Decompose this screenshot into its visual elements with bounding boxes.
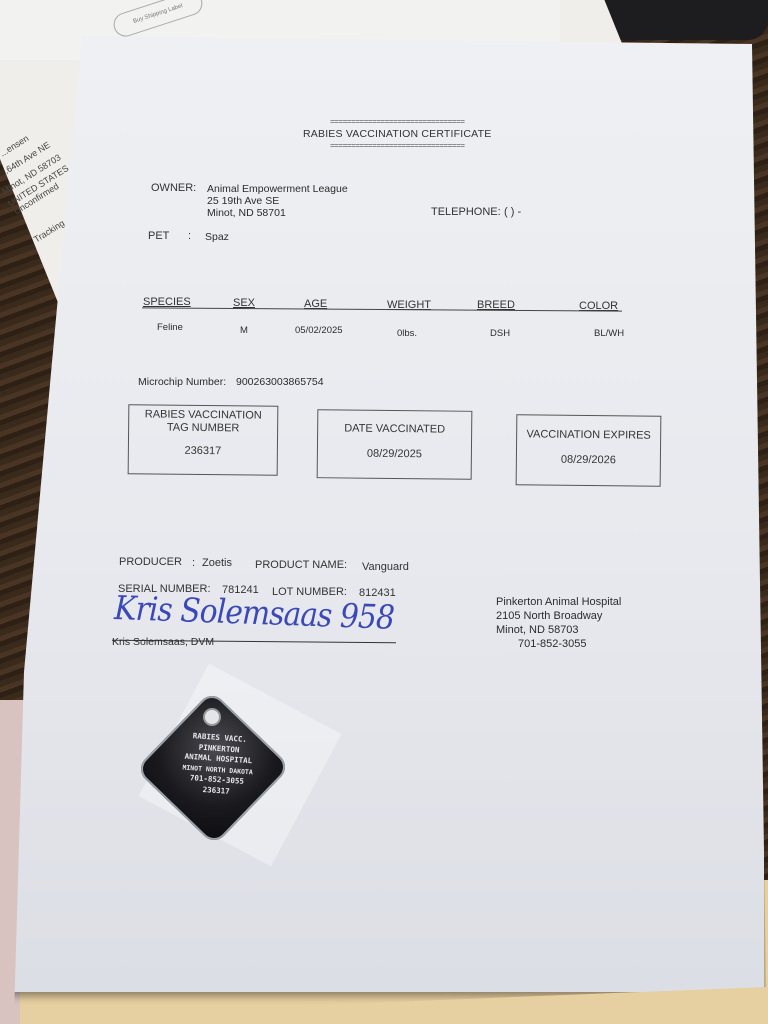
weight-value: 0lbs.	[397, 328, 417, 339]
certificate-paper	[4, 32, 764, 992]
owner-label: OWNER:	[151, 182, 196, 194]
owner-address-1: 25 19th Ave SE	[207, 195, 279, 207]
certificate-header: ================================ RABIES …	[303, 118, 491, 151]
pet-separator: :	[188, 230, 191, 242]
vaccination-expires-value: 08/29/2026	[517, 453, 660, 466]
telephone-value: ( ) -	[504, 206, 521, 218]
pet-label: PET	[148, 230, 169, 242]
date-vaccinated-label: DATE VACCINATED	[318, 422, 471, 437]
clinic-address-2: Minot, ND 58703	[496, 624, 579, 636]
veterinarian-printed-name: Kris Solemsaas, DVM	[112, 636, 214, 648]
age-value: 05/02/2025	[295, 325, 343, 336]
title-divider-bottom: ================================	[303, 142, 491, 151]
title-divider-top: ================================	[303, 118, 491, 127]
producer-label: PRODUCER	[119, 556, 182, 568]
color-value: BL/WH	[594, 328, 624, 339]
vaccination-expires-box: VACCINATION EXPIRES 08/29/2026	[516, 414, 662, 487]
owner-address-2: Minot, ND 58701	[207, 207, 286, 219]
microchip-label: Microchip Number:	[138, 376, 226, 388]
producer-value: Zoetis	[202, 557, 232, 569]
date-vaccinated-value: 08/29/2025	[318, 447, 471, 461]
breed-value: DSH	[490, 328, 510, 339]
date-vaccinated-box: DATE VACCINATED 08/29/2025	[317, 409, 473, 480]
vaccination-expires-label: VACCINATION EXPIRES	[517, 428, 660, 442]
clinic-phone: 701-852-3055	[518, 638, 587, 650]
producer-separator: :	[192, 557, 195, 569]
tag-number-label-1: RABIES VACCINATION	[129, 408, 277, 423]
header-species: SPECIES	[143, 296, 191, 308]
clinic-name: Pinkerton Animal Hospital	[496, 596, 621, 608]
certificate-title: RABIES VACCINATION CERTIFICATE	[303, 127, 491, 142]
sex-value: M	[240, 325, 248, 336]
product-name-label: PRODUCT NAME:	[255, 559, 347, 571]
rabies-tag-engraving: RABIES VACC. PINKERTON ANIMAL HOSPITAL M…	[164, 729, 272, 799]
telephone-label: TELEPHONE:	[431, 206, 501, 218]
species-value: Feline	[157, 322, 183, 333]
rabies-tag-hole	[203, 708, 221, 726]
tag-number-value: 236317	[129, 444, 277, 458]
product-name-value: Vanguard	[362, 561, 409, 573]
clinic-address-1: 2105 North Broadway	[496, 610, 602, 622]
tag-number-box: RABIES VACCINATION TAG NUMBER 236317	[128, 404, 279, 476]
tag-number-label-2: TAG NUMBER	[129, 421, 277, 436]
pet-name: Spaz	[205, 231, 229, 243]
owner-name: Animal Empowerment League	[207, 183, 348, 195]
microchip-value: 900263003865754	[236, 376, 324, 388]
